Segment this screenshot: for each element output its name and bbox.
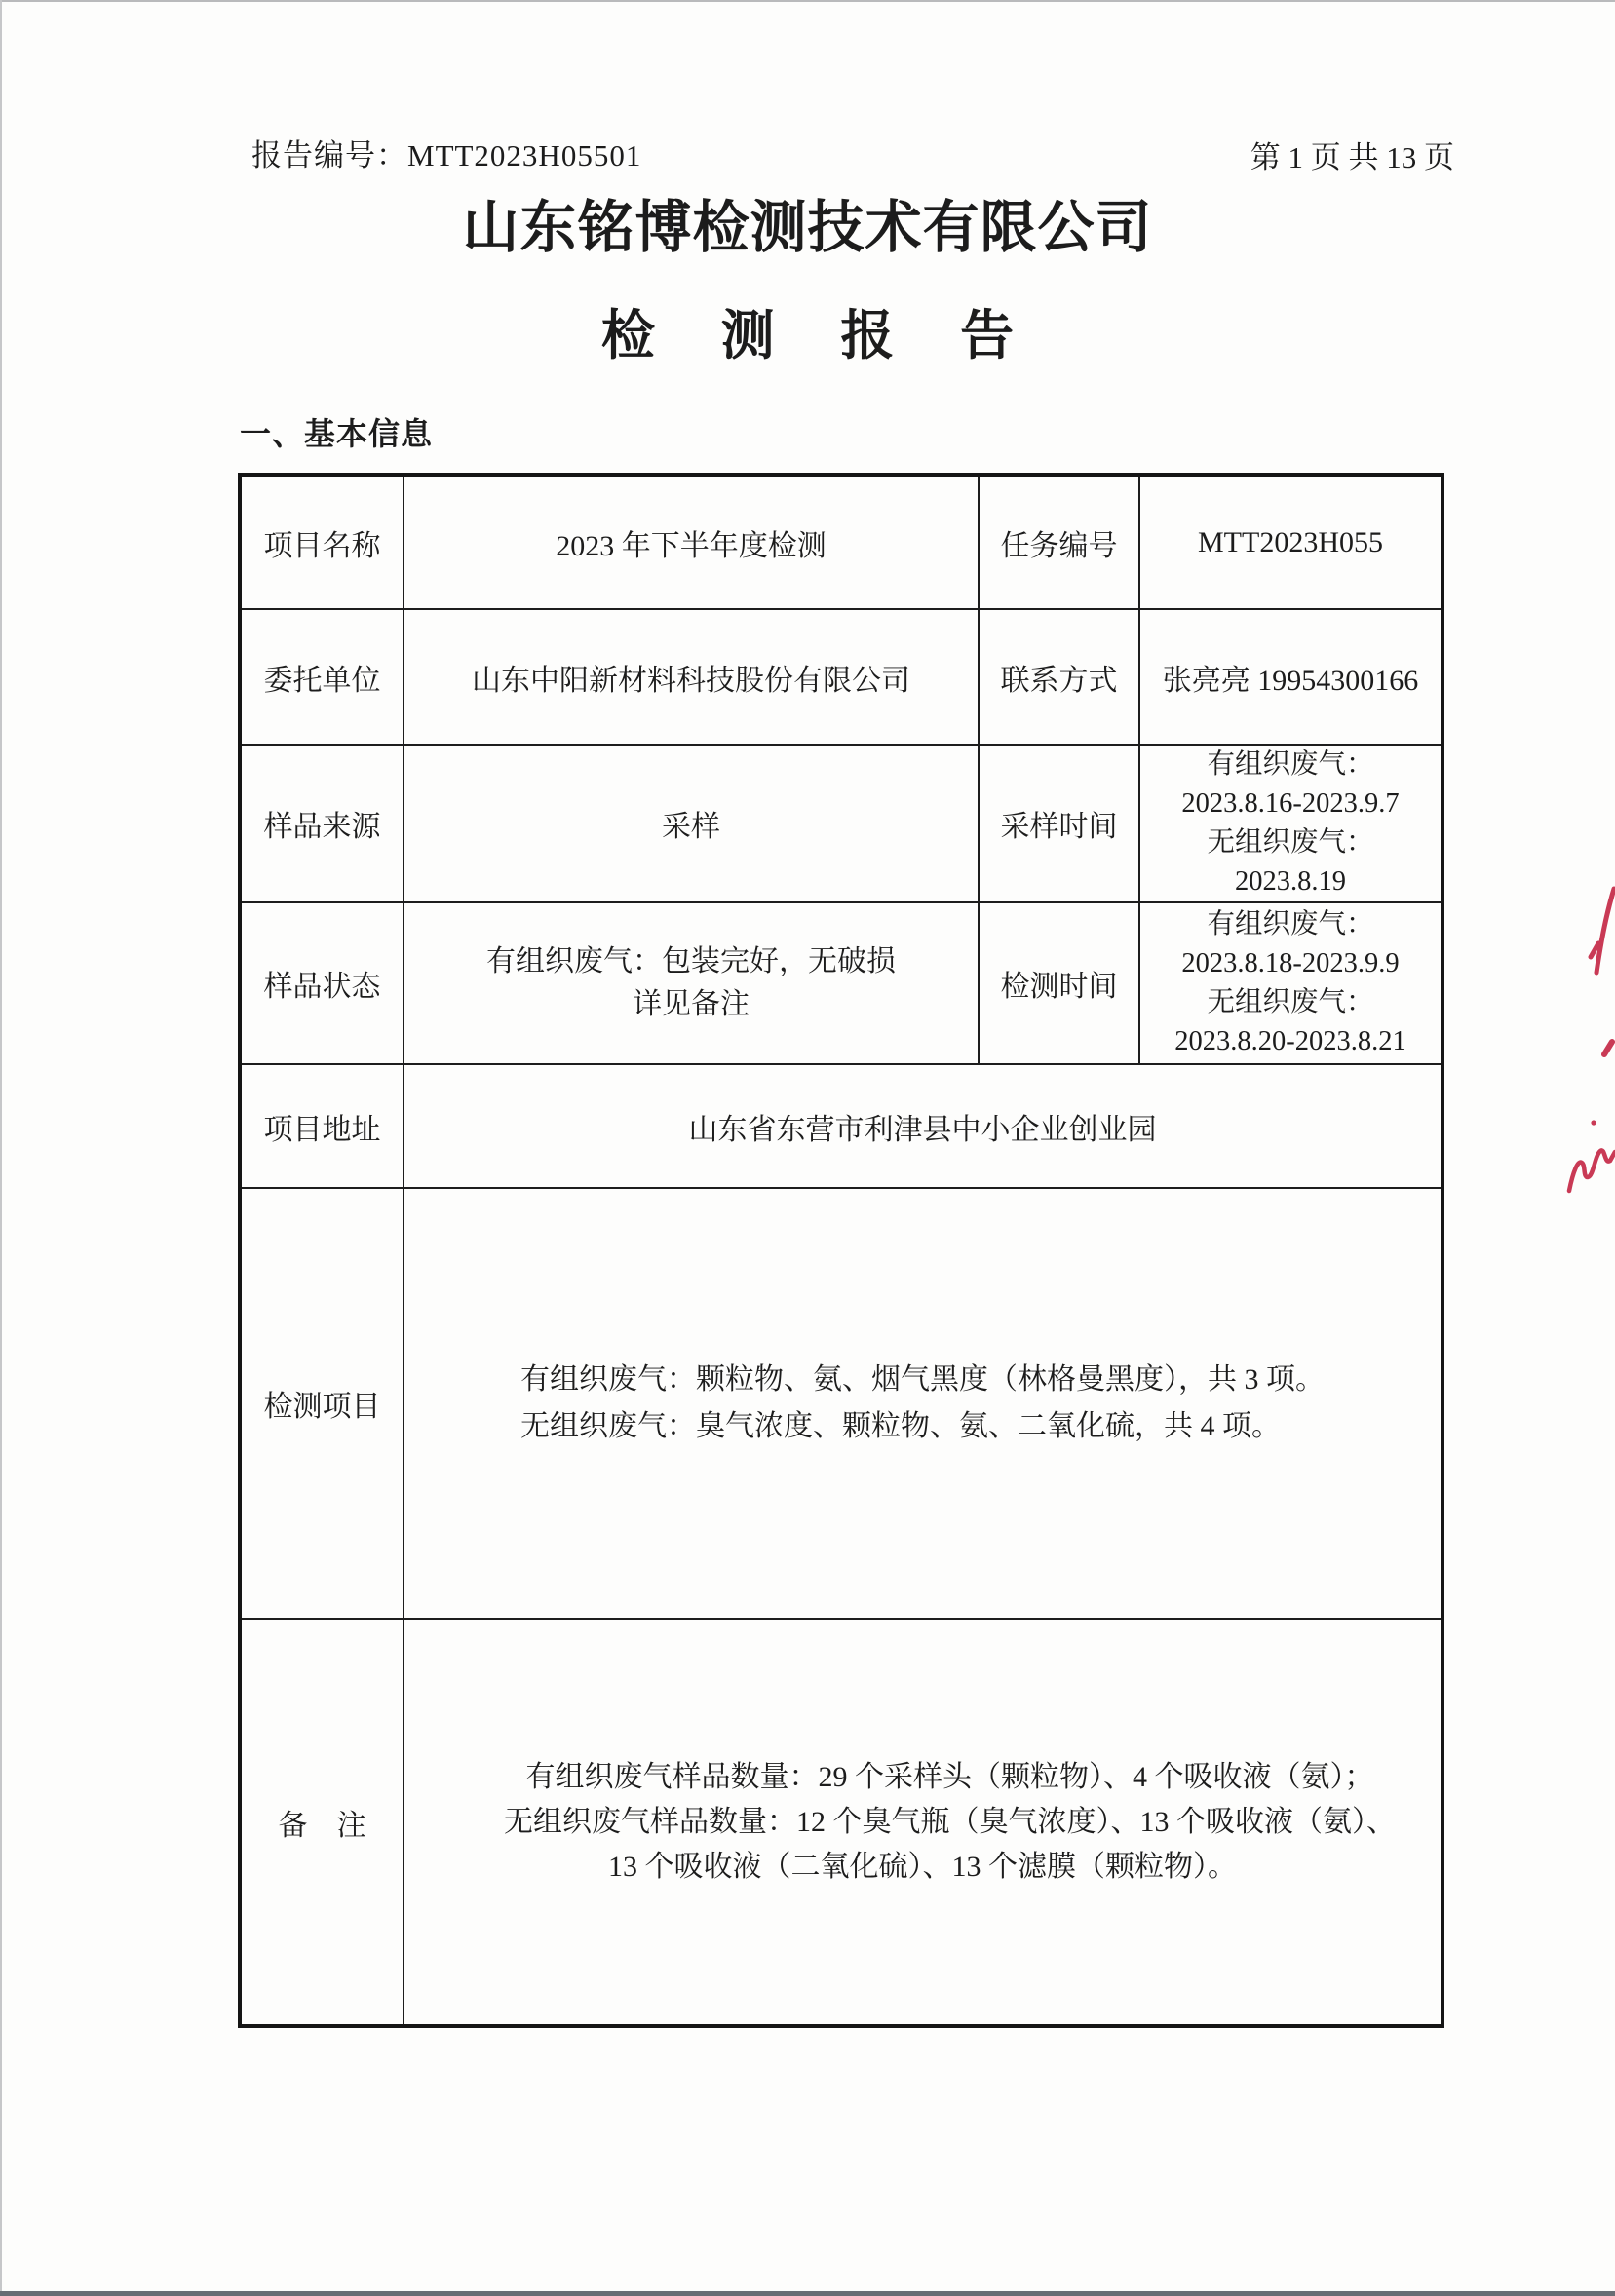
test-items-block: 有组织废气：颗粒物、氨、烟气黑度（林格曼黑度），共 3 项。 无组织废气：臭气浓… <box>520 1357 1325 1450</box>
page-indicator: 第 1 页 共 13 页 <box>1121 133 1454 176</box>
remark-line: 13 个吸收液（二氧化硫）、13 个滤膜（颗粒物）。 <box>424 1845 1421 1890</box>
table-row-test-items: 检测项目 有组织废气：颗粒物、氨、烟气黑度（林格曼黑度），共 3 项。 无组织废… <box>240 1188 1442 1619</box>
remark-line: 有组织废气样品数量：29 个采样头（颗粒物）、4 个吸收液（氨）； <box>424 1755 1421 1800</box>
date-line: 2023.8.16-2023.9.7 <box>1140 784 1441 823</box>
date-line: 2023.8.19 <box>1140 862 1441 901</box>
red-pen-dot <box>1591 1120 1596 1125</box>
section-heading-basic-info: 一、基本信息 <box>240 409 433 454</box>
row-value-address: 山东省东营市利津县中小企业创业园 <box>404 1064 1442 1188</box>
date-line: 2023.8.18-2023.9.9 <box>1140 944 1441 983</box>
table-row-client: 委托单位 山东中阳新材料科技股份有限公司 联系方式 张亮亮 1995430016… <box>240 609 1442 745</box>
row-value-test-items: 有组织废气：颗粒物、氨、烟气黑度（林格曼黑度），共 3 项。 无组织废气：臭气浓… <box>404 1188 1442 1619</box>
row-value: 山东中阳新材料科技股份有限公司 <box>404 609 979 745</box>
row-value2: 张亮亮 19954300166 <box>1139 609 1442 745</box>
date-line: 有组织废气： <box>1140 905 1441 944</box>
table-row-sample-source: 样品来源 采样 采样时间 有组织废气： 2023.8.16-2023.9.7 无… <box>240 745 1442 902</box>
row-label: 样品来源 <box>240 745 404 902</box>
row-label: 检测项目 <box>240 1188 404 1619</box>
row-label: 样品状态 <box>240 902 404 1064</box>
row-value-sample-status: 有组织废气：包装完好，无破损 详见备注 <box>404 902 979 1064</box>
row-label2: 检测时间 <box>979 902 1139 1064</box>
row-label: 项目地址 <box>240 1064 404 1188</box>
date-line: 有组织废气： <box>1140 746 1441 784</box>
red-pen-stroke <box>1591 889 1614 973</box>
date-line: 无组织废气： <box>1140 823 1441 862</box>
red-pen-dash <box>1604 1042 1612 1054</box>
scan-edge-bottom <box>0 2291 1615 2296</box>
red-pen-squiggle <box>1569 1150 1615 1191</box>
test-items-line: 有组织废气：颗粒物、氨、烟气黑度（林格曼黑度），共 3 项。 <box>520 1357 1325 1403</box>
remark-line: 无组织废气样品数量：12 个臭气瓶（臭气浓度）、13 个吸收液（氨）、 <box>424 1800 1421 1845</box>
row-value2-sampling-dates: 有组织废气： 2023.8.16-2023.9.7 无组织废气： 2023.8.… <box>1139 745 1442 902</box>
red-pen-marks <box>1554 863 1615 1200</box>
status-line: 详见备注 <box>404 983 978 1026</box>
scan-edge-top <box>0 0 1615 2</box>
row-label: 项目名称 <box>240 475 404 609</box>
row-value: 2023 年下半年度检测 <box>404 475 979 609</box>
table-row-project-address: 项目地址 山东省东营市利津县中小企业创业园 <box>240 1064 1442 1188</box>
row-label2: 采样时间 <box>979 745 1139 902</box>
basic-info-table: 项目名称 2023 年下半年度检测 任务编号 MTT2023H055 委托单位 … <box>238 473 1444 2028</box>
table-row-remarks: 备 注 有组织废气样品数量：29 个采样头（颗粒物）、4 个吸收液（氨）； 无组… <box>240 1619 1442 2026</box>
status-line: 有组织废气：包装完好，无破损 <box>404 940 978 983</box>
row-label: 委托单位 <box>240 609 404 745</box>
date-line: 2023.8.20-2023.8.21 <box>1140 1022 1441 1061</box>
row-label: 备 注 <box>240 1619 404 2026</box>
report-title: 检 测 报 告 <box>0 292 1615 369</box>
row-value2-test-dates: 有组织废气： 2023.8.18-2023.9.9 无组织废气： 2023.8.… <box>1139 902 1442 1064</box>
date-line: 无组织废气： <box>1140 983 1441 1022</box>
scanned-report-page: 报告编号：MTT2023H05501 第 1 页 共 13 页 山东铭博检测技术… <box>0 0 1615 2296</box>
row-value: 采样 <box>404 745 979 902</box>
test-items-line: 无组织废气：臭气浓度、颗粒物、氨、二氧化硫，共 4 项。 <box>520 1403 1325 1450</box>
report-number: 报告编号：MTT2023H05501 <box>251 131 641 174</box>
row-label2: 联系方式 <box>979 609 1139 745</box>
row-value2: MTT2023H055 <box>1139 475 1442 609</box>
company-name-title: 山东铭博检测技术有限公司 <box>0 181 1615 263</box>
table-row-project-name: 项目名称 2023 年下半年度检测 任务编号 MTT2023H055 <box>240 475 1442 609</box>
row-label2: 任务编号 <box>979 475 1139 609</box>
row-value-remarks: 有组织废气样品数量：29 个采样头（颗粒物）、4 个吸收液（氨）； 无组织废气样… <box>404 1619 1442 2026</box>
table-row-sample-status: 样品状态 有组织废气：包装完好，无破损 详见备注 检测时间 有组织废气： 202… <box>240 902 1442 1064</box>
